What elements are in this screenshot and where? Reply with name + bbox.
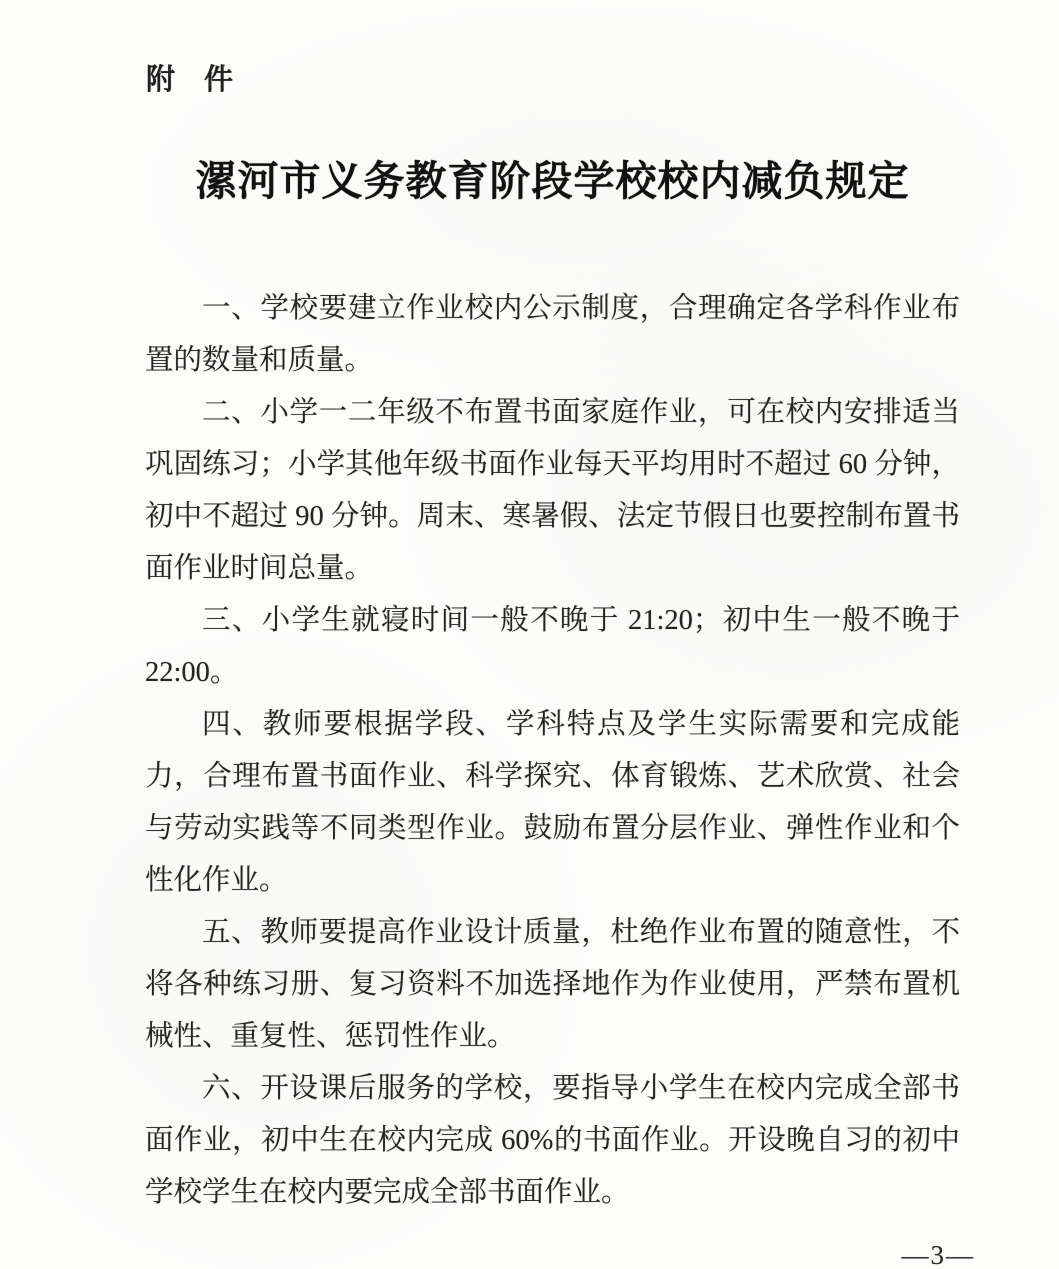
page-number: —3— (902, 1240, 976, 1269)
scanned-document-page: 附 件 漯河市义务教育阶段学校校内减负规定 一、学校要建立作业校内公示制度，合理… (0, 0, 1059, 1269)
document-title: 漯河市义务教育阶段学校校内减负规定 (145, 148, 960, 207)
document-body: 一、学校要建立作业校内公示制度，合理确定各学科作业布置的数量和质量。 二、小学一… (145, 283, 960, 1219)
paragraph-item-3: 三、小学生就寝时间一般不晚于 21:20；初中生一般不晚于 22:00。 (145, 595, 960, 699)
paragraph-item-4: 四、教师要根据学段、学科特点及学生实际需要和完成能力，合理布置书面作业、科学探究… (145, 699, 960, 907)
paragraph-item-1: 一、学校要建立作业校内公示制度，合理确定各学科作业布置的数量和质量。 (145, 283, 960, 387)
attachment-label: 附 件 (146, 57, 233, 98)
paragraph-item-2: 二、小学一二年级不布置书面家庭作业，可在校内安排适当巩固练习；小学其他年级书面作… (145, 387, 960, 595)
paragraph-item-5: 五、教师要提高作业设计质量，杜绝作业布置的随意性，不将各种练习册、复习资料不加选… (145, 907, 960, 1063)
paragraph-item-6: 六、开设课后服务的学校，要指导小学生在校内完成全部书面作业，初中生在校内完成 6… (145, 1063, 960, 1219)
